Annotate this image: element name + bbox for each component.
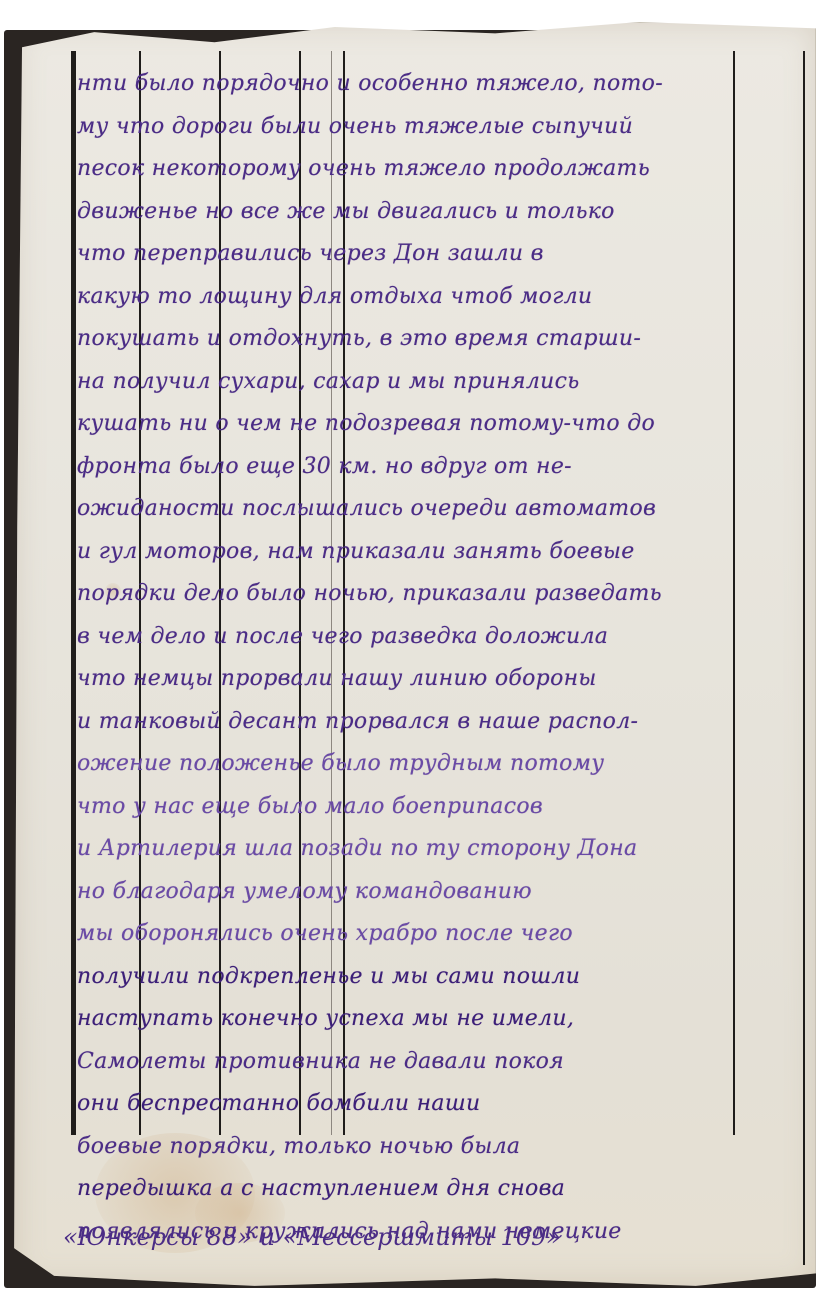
text-line: передышка а с наступлением дня снова [77,1168,807,1211]
text-line: порядки дело было ночью, приказали разве… [77,573,807,616]
text-line: но благодаря умелому командованию [77,871,807,914]
text-line: песок некоторому очень тяжело продолжать [77,148,807,191]
text-line: и танковый десант прорвался в наше распо… [77,701,807,744]
text-line: наступать конечно успеха мы не имели, [77,998,807,1041]
text-line: фронта было еще 30 км. но вдруг от не- [77,446,807,489]
text-line: какую то лощину для отдыха чтоб могли [77,276,807,319]
text-line: ожение положенье было трудным потому [77,743,807,786]
text-line: что переправились через Дон зашли в [77,233,807,276]
text-line: мы оборонялись очень храбро после чего [77,913,807,956]
footer-text-line: «Юнкерсы 88» и «Мессершмиты 109» [63,1223,561,1251]
text-line: что немцы прорвали нашу линию обороны [77,658,807,701]
text-line: боевые порядки, только ночью была [77,1126,807,1169]
text-line: что у нас еще было мало боеприпасов [77,786,807,829]
text-line: они беспрестанно бомбили наши [77,1083,807,1126]
handwritten-text: нти было порядочно и особенно тяжело, по… [77,63,807,1253]
text-line: и гул моторов, нам приказали занять боев… [77,531,807,574]
text-line: Самолеты противника не давали покоя [77,1041,807,1084]
text-line: получили подкрепленье и мы сами пошли [77,956,807,999]
text-line: движенье но все же мы двигались и только [77,191,807,234]
text-line: кушать ни о чем не подозревая потому-что… [77,403,807,446]
manuscript-page: нти было порядочно и особенно тяжело, по… [14,22,816,1286]
margin-rule-double [71,51,76,1135]
text-line: на получил сухари, сахар и мы принялись [77,361,807,404]
text-line: му что дороги были очень тяжелые сыпучий [77,106,807,149]
text-line: покушать и отдохнуть, в это время старши… [77,318,807,361]
text-line: в чем дело и после чего разведка доложил… [77,616,807,659]
text-line: ожиданости послышались очереди автоматов [77,488,807,531]
text-line: и Артилерия шла позади по ту сторону Дон… [77,828,807,871]
text-line: нти было порядочно и особенно тяжело, по… [77,63,807,106]
